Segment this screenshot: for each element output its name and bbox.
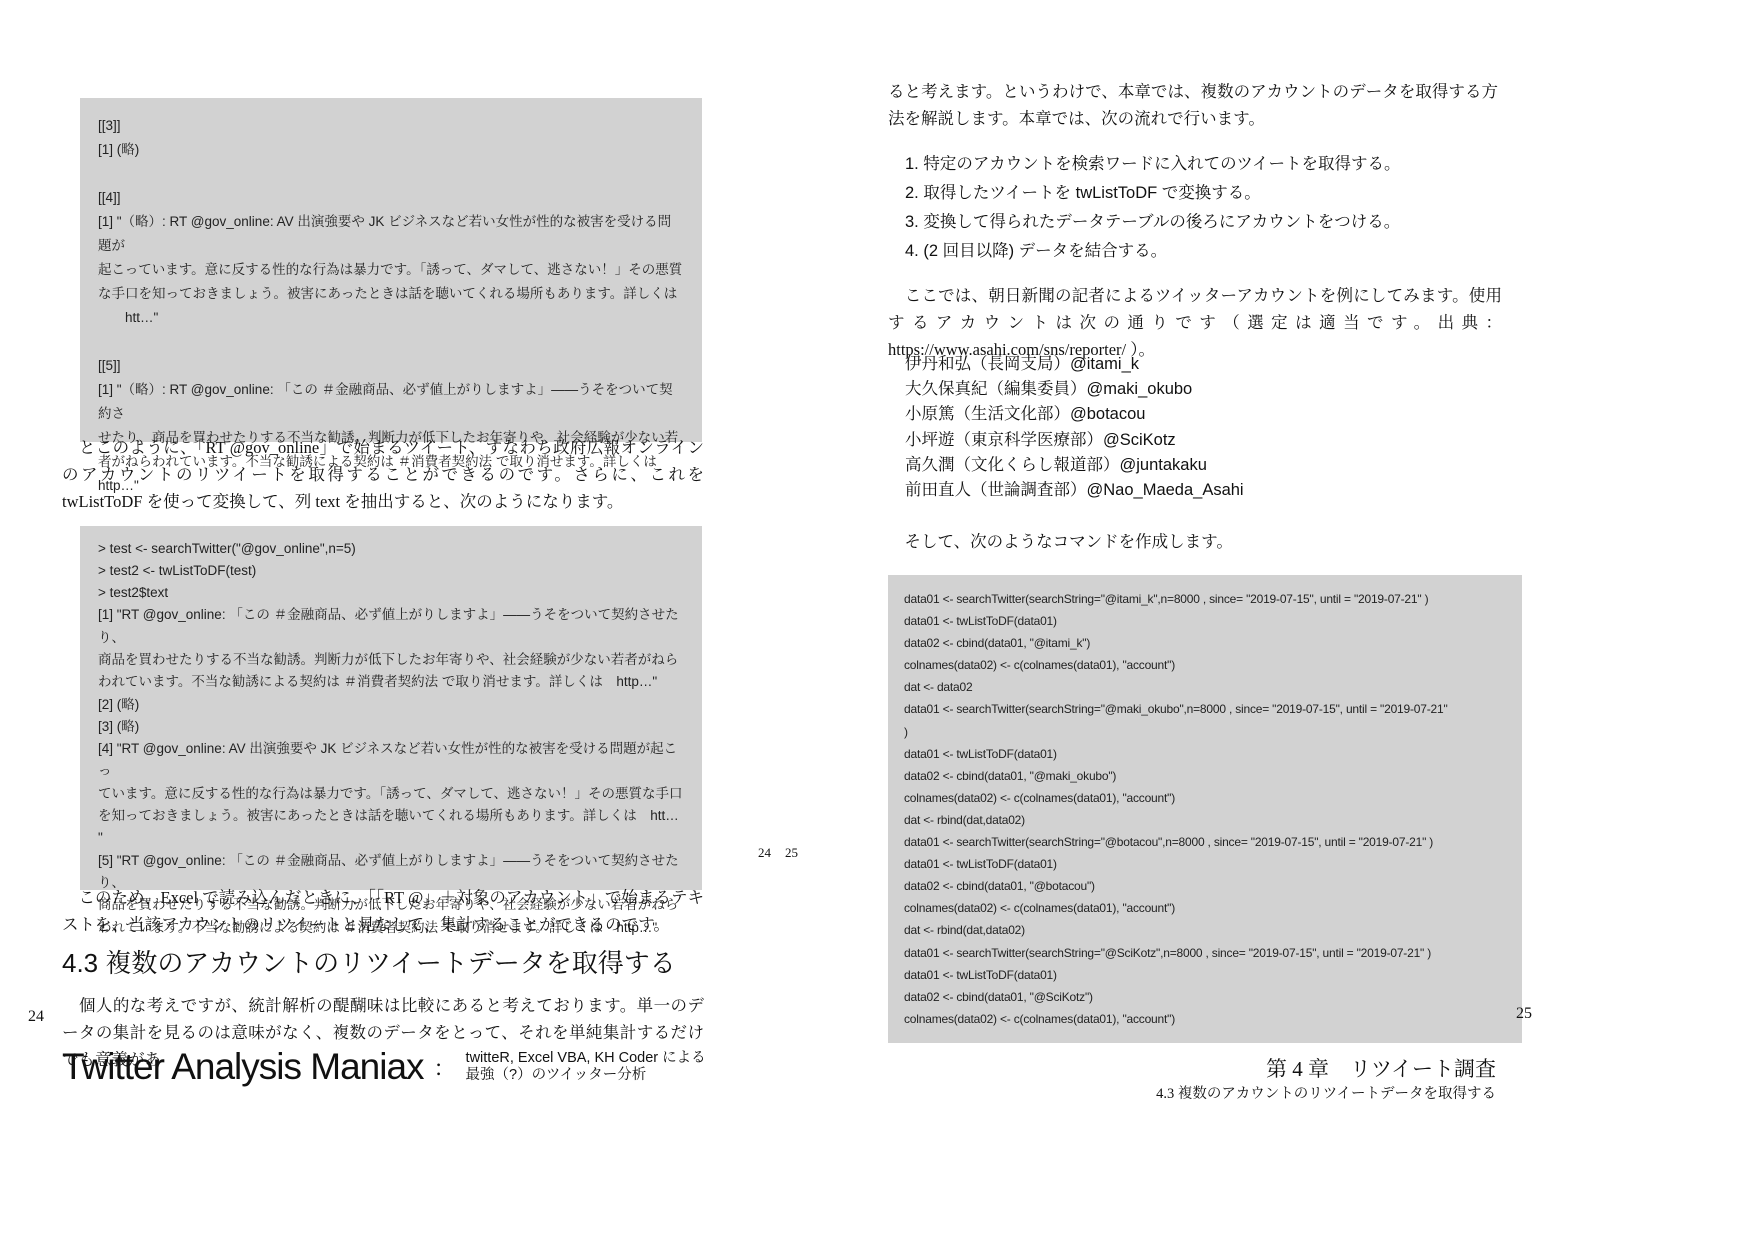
page-number-right: 25 bbox=[1516, 1005, 1532, 1023]
running-footer-right: 第 4 章 リツイート調査 4.3 複数のアカウントのリツイートデータを取得する bbox=[900, 1054, 1496, 1104]
list-item: 4. (2 回目以降) データを結合する。 bbox=[905, 237, 1505, 266]
list-item: 2. 取得したツイートを twListToDF で変換する。 bbox=[905, 179, 1505, 208]
twitter-accounts-list: 伊丹和弘（長岡支局）@itami_k 大久保真紀（編集委員）@maki_okub… bbox=[905, 352, 1505, 503]
list-item: 大久保真紀（編集委員）@maki_okubo bbox=[905, 377, 1505, 402]
list-item: 前田直人（世論調査部）@Nao_Maeda_Asahi bbox=[905, 478, 1505, 503]
right-page: ると考えます。というわけで、本章では、複数のアカウントのデータを取得する方法を解… bbox=[0, 0, 1008, 1240]
paragraph-commands-intro: そして、次のようなコマンドを作成します。 bbox=[888, 528, 1498, 555]
footer-chapter-title: 第 4 章 リツイート調査 bbox=[900, 1054, 1496, 1084]
procedure-steps-list: 1. 特定のアカウントを検索ワードに入れてのツイートを取得する。 2. 取得した… bbox=[905, 150, 1505, 266]
list-item: 小原篤（生活文化部）@botacou bbox=[905, 402, 1505, 427]
paragraph-asahi-accounts-intro: ここでは、朝日新聞の記者によるツイッターアカウントを例にしてみます。使用するアカ… bbox=[888, 282, 1502, 363]
list-item: 高久潤（文化くらし報道部）@juntakaku bbox=[905, 453, 1505, 478]
paragraph-chapter-intro: ると考えます。というわけで、本章では、複数のアカウントのデータを取得する方法を解… bbox=[888, 78, 1498, 132]
list-item: 小坪遊（東京科学医療部）@SciKotz bbox=[905, 428, 1505, 453]
r-script-block-multi-account: data01 <- searchTwitter(searchString="@i… bbox=[888, 575, 1522, 1043]
footer-section-title: 4.3 複数のアカウントのリツイートデータを取得する bbox=[900, 1084, 1496, 1104]
list-item: 3. 変換して得られたデータテーブルの後ろにアカウントをつける。 bbox=[905, 208, 1505, 237]
book-spread: { "left_page": { "page_number": "24", "c… bbox=[0, 0, 1748, 1240]
list-item: 伊丹和弘（長岡支局）@itami_k bbox=[905, 352, 1505, 377]
list-item: 1. 特定のアカウントを検索ワードに入れてのツイートを取得する。 bbox=[905, 150, 1505, 179]
